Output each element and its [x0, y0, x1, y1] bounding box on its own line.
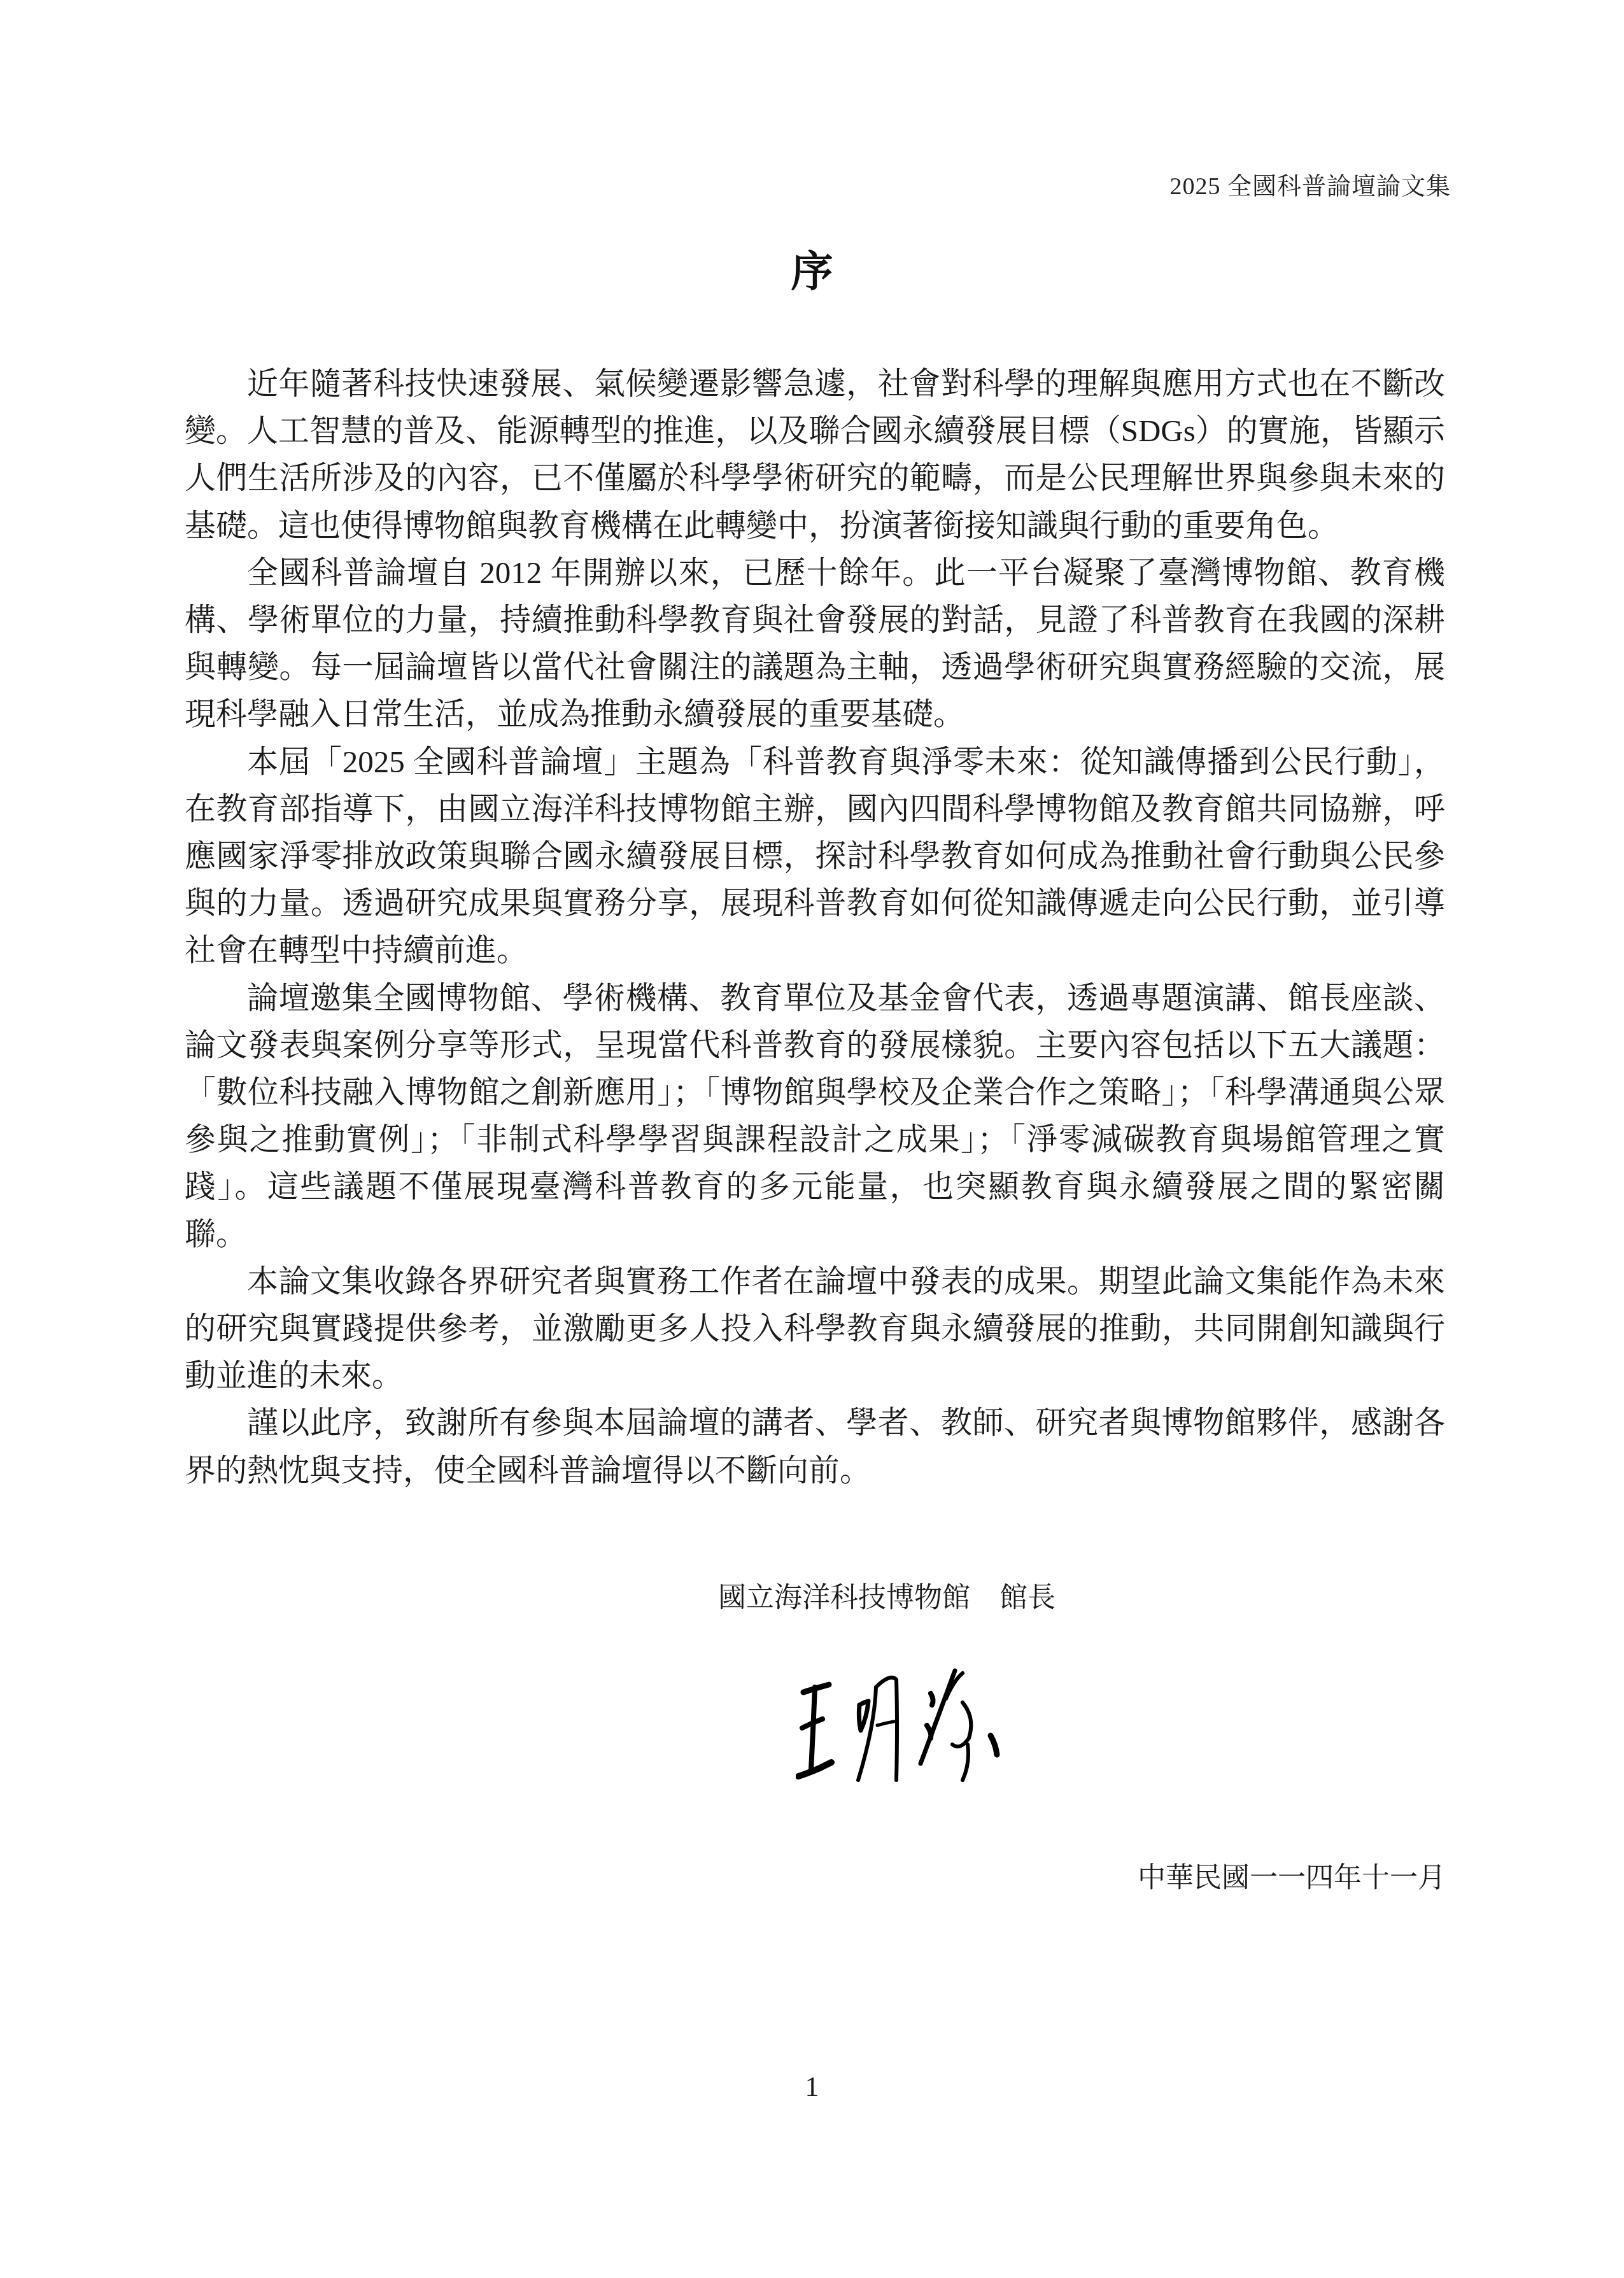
- paragraph-5: 本論文集收錄各界研究者與實務工作者在論壇中發表的成果。期望此論文集能作為未來的研…: [185, 1258, 1445, 1400]
- paragraph-4: 論壇邀集全國博物館、學術機構、教育單位及基金會代表，透過專題演講、館長座談、論文…: [185, 975, 1445, 1258]
- signature-institution: 國立海洋科技博物館: [718, 1582, 970, 1613]
- date-line: 中華民國一一四年十一月: [1138, 1859, 1446, 1897]
- page-number: 1: [0, 2068, 1624, 2106]
- signature-role: 館長: [999, 1582, 1056, 1613]
- signature-strokes-icon: [796, 1655, 1025, 1802]
- paragraph-1: 近年隨著科技快速發展、氣候變遷影響急遽，社會對科學的理解與應用方式也在不斷改變。…: [185, 360, 1445, 549]
- paragraph-2: 全國科普論壇自 2012 年開辦以來，已歷十餘年。此一平台凝聚了臺灣博物館、教育…: [185, 549, 1445, 739]
- preface-body: 近年隨著科技快速發展、氣候變遷影響急遽，社會對科學的理解與應用方式也在不斷改變。…: [185, 360, 1445, 1494]
- page-title: 序: [0, 247, 1624, 298]
- running-header: 2025 全國科普論壇論文集: [1169, 171, 1451, 202]
- handwritten-signature: [796, 1655, 1025, 1802]
- paragraph-6: 謹以此序，致謝所有參與本屆論壇的講者、學者、教師、研究者與博物館夥伴，感謝各界的…: [185, 1399, 1445, 1494]
- signature-block: 國立海洋科技博物館館長: [718, 1579, 1056, 1617]
- paragraph-3: 本屆「2025 全國科普論壇」主題為「科普教育與淨零未來：從知識傳播到公民行動」…: [185, 739, 1445, 975]
